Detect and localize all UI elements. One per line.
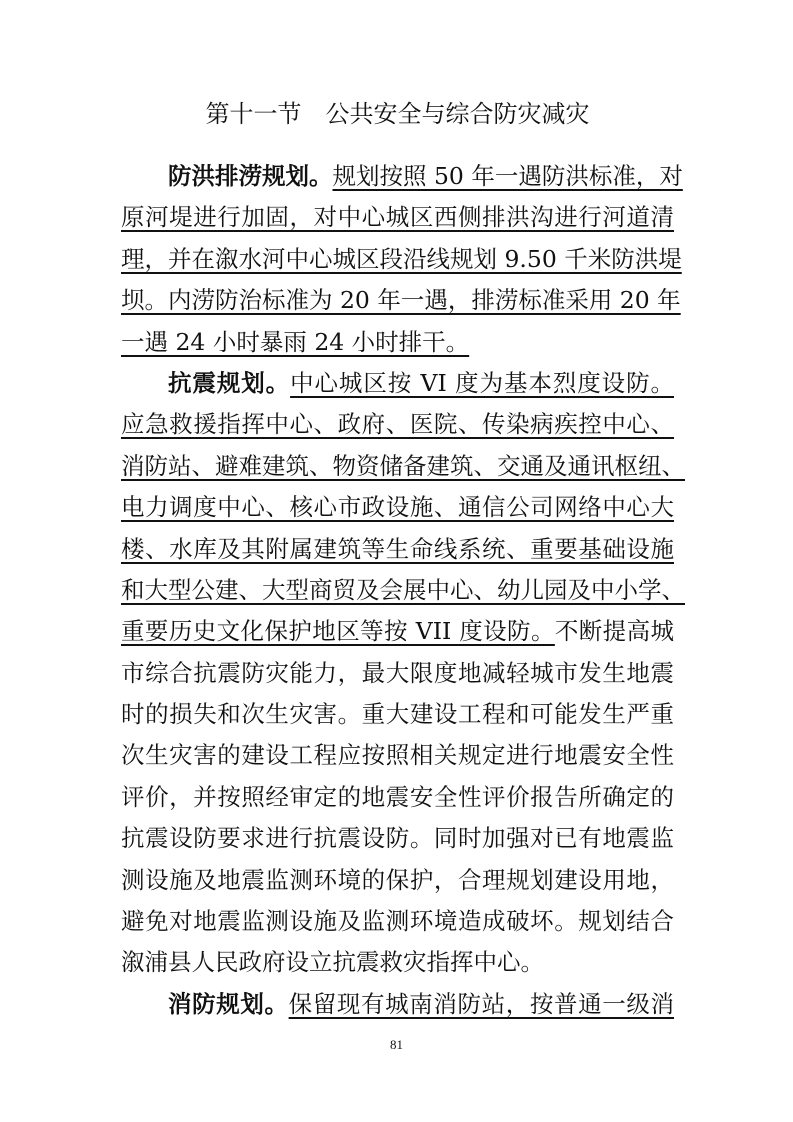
underlined-text: 一遇 24 小时暴雨 24 小时排干。 [121, 328, 469, 356]
plain-text: 次生灾害的建设工程应按照相关规定进行地震安全性 [121, 741, 674, 769]
page-number: 81 [0, 1037, 793, 1053]
paragraph-line: 和大型公建、大型商贸及会展中心、幼儿园及中小学、 [121, 570, 674, 611]
paragraph-line: 溆浦县人民政府设立抗震救灾指挥中心。 [121, 942, 674, 983]
underlined-text: 中心城区按 VI 度为基本烈度设防。 [290, 369, 674, 397]
plain-text: 抗震设防要求进行抗震设防。同时加强对已有地震监 [121, 824, 674, 852]
document-body: 防洪排涝规划。规划按照 50 年一遇防洪标准，对 原河堤进行加固，对中心城区西侧… [121, 156, 674, 1025]
plain-text: 评价，并按照经审定的地震安全性评价报告所确定的 [121, 783, 674, 811]
underlined-text: 和大型公建、大型商贸及会展中心、幼儿园及中小学、 [121, 576, 685, 604]
paragraph-line: 楼、水库及其附属建筑等生命线系统、重要基础设施 [121, 529, 674, 570]
plain-text: 不断提高城 [555, 617, 674, 645]
flood-control-heading: 防洪排涝规划。 [168, 162, 333, 190]
paragraph-line: 时的损失和次生灾害。重大建设工程和可能发生严重 [121, 694, 674, 735]
underlined-text: 电力调度中心、核心市政设施、通信公司网络中心大 [121, 493, 674, 521]
paragraph-line: 次生灾害的建设工程应按照相关规定进行地震安全性 [121, 735, 674, 776]
paragraph-line: 抗震设防要求进行抗震设防。同时加强对已有地震监 [121, 818, 674, 859]
paragraph-line: 重要历史文化保护地区等按 VII 度设防。不断提高城 [121, 611, 674, 652]
paragraph-line: 消防规划。保留现有城南消防站，按普通一级消 [121, 984, 674, 1025]
paragraph-line: 测设施及地震监测环境的保护，合理规划建设用地， [121, 860, 674, 901]
underlined-text: 坝。内涝防治标准为 20 年一遇，排涝标准采用 20 年 [121, 286, 681, 314]
underlined-text: 应急救援指挥中心、政府、医院、传染病疾控中心、 [121, 410, 674, 438]
underlined-text: 理，并在溆水河中心城区段沿线规划 9.50 千米防洪堤 [121, 245, 682, 273]
plain-text: 时的损失和次生灾害。重大建设工程和可能发生严重 [121, 700, 674, 728]
paragraph-line: 抗震规划。中心城区按 VI 度为基本烈度设防。 [121, 363, 674, 404]
paragraph-line: 理，并在溆水河中心城区段沿线规划 9.50 千米防洪堤 [121, 239, 674, 280]
plain-text: 市综合抗震防灾能力，最大限度地减轻城市发生地震 [121, 659, 674, 687]
paragraph-line: 坝。内涝防治标准为 20 年一遇，排涝标准采用 20 年 [121, 280, 674, 321]
fire-protection-heading: 消防规划。 [168, 990, 289, 1018]
underlined-text: 规划按照 50 年一遇防洪标准，对 [333, 162, 683, 190]
seismic-heading: 抗震规划。 [168, 369, 290, 397]
plain-text: 测设施及地震监测环境的保护，合理规划建设用地， [121, 866, 674, 894]
paragraph-line: 电力调度中心、核心市政设施、通信公司网络中心大 [121, 487, 674, 528]
section-title: 第十一节 公共安全与综合防灾减灾 [121, 94, 674, 134]
paragraph-line: 应急救援指挥中心、政府、医院、传染病疾控中心、 [121, 404, 674, 445]
underlined-text: 消防站、避难建筑、物资储备建筑、交通及通讯枢纽、 [121, 452, 685, 480]
paragraph-line: 避免对地震监测设施及监测环境造成破坏。规划结合 [121, 901, 674, 942]
underlined-text: 重要历史文化保护地区等按 VII 度设防。 [121, 617, 555, 645]
paragraph-line: 原河堤进行加固，对中心城区西侧排洪沟进行河道清 [121, 197, 674, 238]
paragraph-line: 消防站、避难建筑、物资储备建筑、交通及通讯枢纽、 [121, 446, 674, 487]
plain-text: 溆浦县人民政府设立抗震救灾指挥中心。 [121, 948, 544, 976]
underlined-text: 楼、水库及其附属建筑等生命线系统、重要基础设施 [121, 535, 674, 563]
paragraph-line: 一遇 24 小时暴雨 24 小时排干。 [121, 322, 674, 363]
underlined-text: 保留现有城南消防站，按普通一级消 [289, 990, 674, 1018]
paragraph-line: 评价，并按照经审定的地震安全性评价报告所确定的 [121, 777, 674, 818]
underlined-text: 原河堤进行加固，对中心城区西侧排洪沟进行河道清 [121, 203, 674, 231]
plain-text: 避免对地震监测设施及监测环境造成破坏。规划结合 [121, 907, 674, 935]
paragraph-line: 防洪排涝规划。规划按照 50 年一遇防洪标准，对 [121, 156, 674, 197]
paragraph-line: 市综合抗震防灾能力，最大限度地减轻城市发生地震 [121, 653, 674, 694]
